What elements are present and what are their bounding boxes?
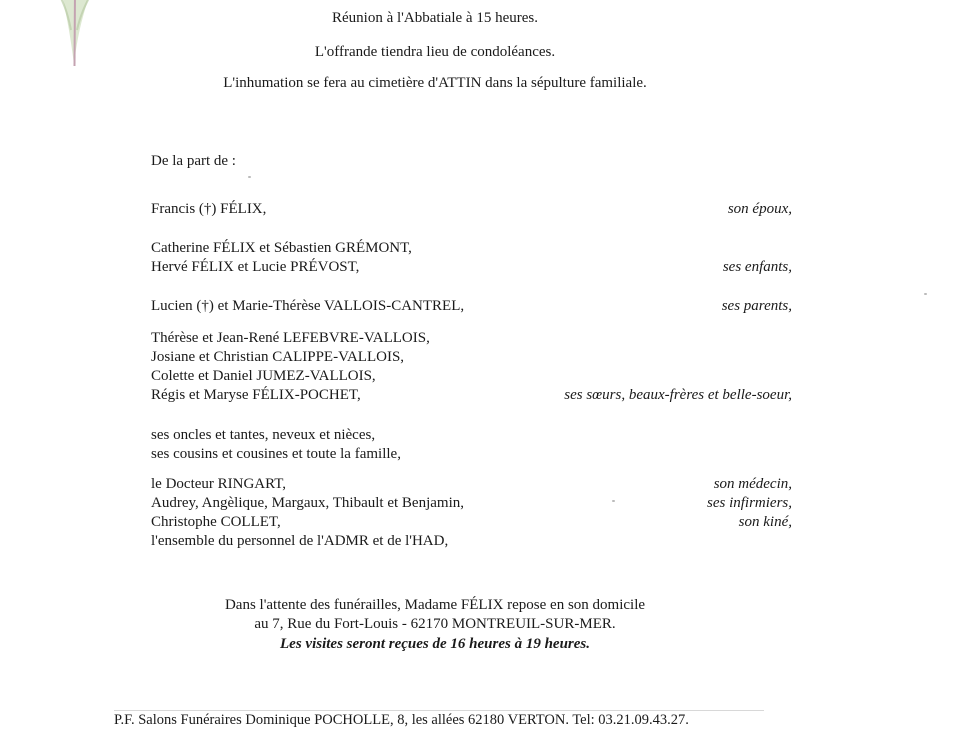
caregiver-name: Christophe COLLET, xyxy=(151,513,281,532)
scan-speck xyxy=(612,500,615,502)
caregiver-name: le Docteur RINGART, xyxy=(151,475,286,494)
children-relation: ses enfants, xyxy=(723,258,792,277)
from-heading: De la part de : xyxy=(151,152,236,171)
parents-name: Lucien (†) et Marie-Thérèse VALLOIS-CANT… xyxy=(151,297,464,316)
siblings-relation: ses sœurs, beaux-frères et belle-soeur, xyxy=(564,386,792,405)
announcement-burial: L'inhumation se fera au cimetière d'ATTI… xyxy=(0,75,870,92)
caregiver-name: Audrey, Angèlique, Margaux, Thibault et … xyxy=(151,494,464,513)
scan-speck xyxy=(248,176,251,178)
spouse-relation: son époux, xyxy=(728,200,792,219)
scan-speck xyxy=(924,293,927,295)
spouse-name: Francis (†) FÉLIX, xyxy=(151,200,266,219)
extended-family: ses oncles et tantes, neveux et nièces, xyxy=(151,426,375,445)
child-name: Hervé FÉLIX et Lucie PRÉVOST, xyxy=(151,258,359,277)
announcement-offering: L'offrande tiendra lieu de condoléances. xyxy=(0,44,870,61)
sibling-name: Régis et Maryse FÉLIX-POCHET, xyxy=(151,386,361,405)
visitation-line-1: Dans l'attente des funérailles, Madame F… xyxy=(0,597,870,614)
sibling-name: Josiane et Christian CALIPPE-VALLOIS, xyxy=(151,348,404,367)
visitation-line-2: au 7, Rue du Fort-Louis - 62170 MONTREUI… xyxy=(0,616,870,633)
caregiver-name: l'ensemble du personnel de l'ADMR et de … xyxy=(151,532,448,551)
announcement-meeting: Réunion à l'Abbatiale à 15 heures. xyxy=(0,10,870,27)
extended-family: ses cousins et cousines et toute la fami… xyxy=(151,445,401,464)
funeral-home-footer: P.F. Salons Funéraires Dominique POCHOLL… xyxy=(114,710,764,729)
caregiver-relation: ses infirmiers, xyxy=(707,494,792,513)
caregiver-relation: son médecin, xyxy=(714,475,792,494)
parents-relation: ses parents, xyxy=(722,297,792,316)
sibling-name: Thérèse et Jean-René LEFEBVRE-VALLOIS, xyxy=(151,329,430,348)
sibling-name: Colette et Daniel JUMEZ-VALLOIS, xyxy=(151,367,376,386)
visitation-hours: Les visites seront reçues de 16 heures à… xyxy=(0,636,870,653)
child-name: Catherine FÉLIX et Sébastien GRÉMONT, xyxy=(151,239,412,258)
caregiver-relation: son kiné, xyxy=(739,513,792,532)
